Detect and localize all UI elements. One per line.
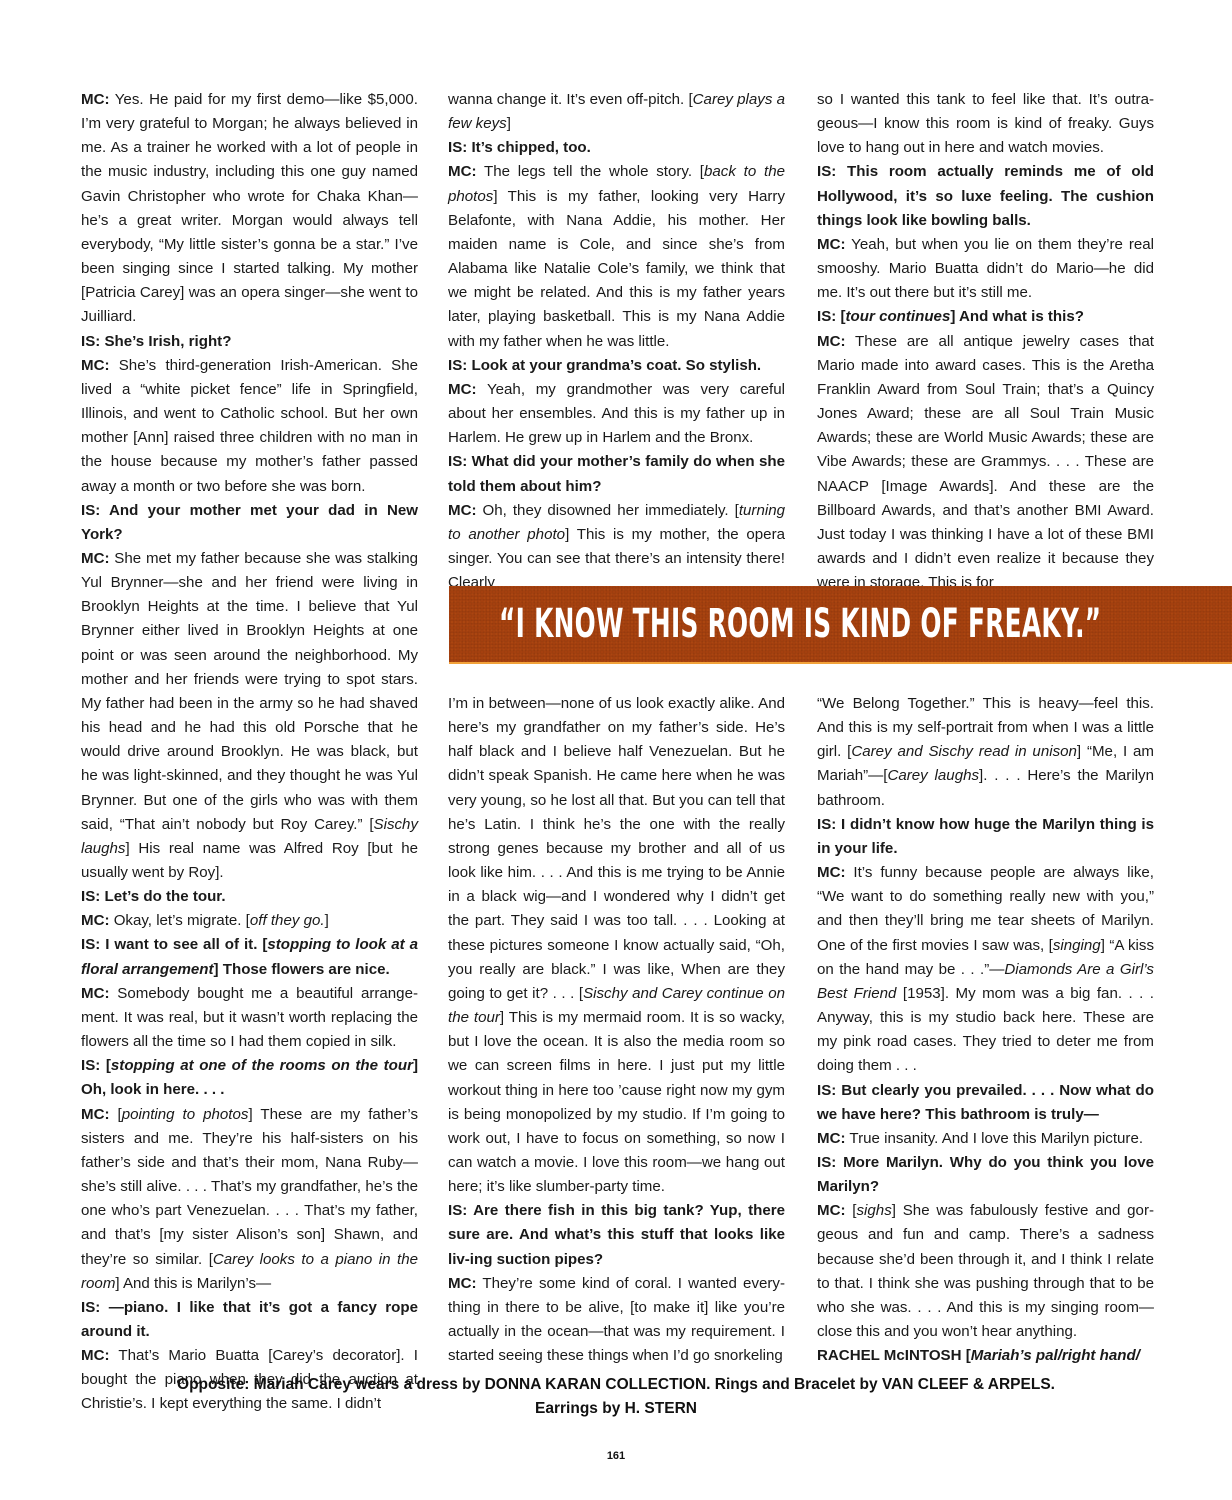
answer-paragraph: MC: Yeah, my grandmother was very carefu… bbox=[448, 378, 785, 450]
answer-paragraph: I’m in between—none of us look exactly a… bbox=[448, 692, 785, 1199]
speaker-label: IS: bbox=[817, 1082, 836, 1099]
text-column-3-top: so I wanted this tank to feel like that.… bbox=[817, 88, 1154, 595]
speaker-label: MC: bbox=[81, 357, 110, 374]
speaker-label: MC: bbox=[448, 1275, 477, 1292]
stage-direction: off they go. bbox=[250, 912, 325, 929]
speaker-label: MC: bbox=[81, 1347, 110, 1364]
speaker-label: IS: bbox=[448, 1202, 467, 1219]
speaker-label: IS: bbox=[817, 1154, 836, 1171]
stage-direction: Carey plays a few keys bbox=[448, 91, 785, 132]
page-number: 161 bbox=[0, 1450, 1232, 1462]
speaker-label: IS: bbox=[817, 308, 836, 325]
stage-direction: singing bbox=[1053, 937, 1101, 954]
answer-paragraph: MC: It’s funny because people are always… bbox=[817, 861, 1154, 1078]
question-paragraph: IS: She’s Irish, right? bbox=[81, 330, 418, 354]
stage-direction: Carey laughs bbox=[887, 767, 979, 784]
question-paragraph: IS: [stopping at one of the rooms on the… bbox=[81, 1054, 418, 1102]
speaker-label: MC: bbox=[817, 236, 846, 253]
speaker-label: IS: bbox=[448, 357, 467, 374]
speaker-label: MC: bbox=[81, 985, 110, 1002]
answer-paragraph: “We Belong Together.” This is heavy—feel… bbox=[817, 692, 1154, 813]
speaker-label: MC: bbox=[448, 381, 477, 398]
answer-paragraph: wanna change it. It’s even off-pitch. [C… bbox=[448, 88, 785, 136]
answer-paragraph: MC: She’s third-generation Irish-America… bbox=[81, 354, 418, 499]
speaker-label: IS: bbox=[81, 888, 100, 905]
stage-direction: stopping to look at a floral arrangement bbox=[81, 936, 418, 977]
speaker-label: MC: bbox=[81, 912, 110, 929]
speaker-label: IS: bbox=[817, 163, 836, 180]
question-paragraph: IS: Are there fish in this big tank? Yup… bbox=[448, 1199, 785, 1271]
question-paragraph: IS: —piano. I like that it’s got a fancy… bbox=[81, 1296, 418, 1344]
stage-direction: Mariah’s pal/right hand/ bbox=[971, 1347, 1140, 1364]
stage-direction: Carey and Sischy read in unison bbox=[851, 743, 1077, 760]
answer-paragraph: so I wanted this tank to feel like that.… bbox=[817, 88, 1154, 160]
stage-direction: pointing to photos bbox=[122, 1106, 249, 1123]
pull-quote-text: “I KNOW THIS ROOM IS KIND OF FREAKY.” bbox=[499, 600, 1101, 648]
photo-caption: Opposite: Mariah Carey wears a dress by … bbox=[0, 1373, 1232, 1421]
speaker-label: MC: bbox=[448, 502, 477, 519]
answer-paragraph: MC: They’re some kind of coral. I wanted… bbox=[448, 1272, 785, 1369]
speaker-label: MC: bbox=[81, 550, 110, 567]
speaker-label: IS: bbox=[81, 333, 100, 350]
answer-paragraph: MC: The legs tell the whole story. [back… bbox=[448, 160, 785, 353]
text-column-2-bottom: I’m in between—none of us look exactly a… bbox=[448, 692, 785, 1368]
speaker-label: IS: bbox=[448, 139, 467, 156]
answer-paragraph: MC: Oh, they disowned her immediately. [… bbox=[448, 499, 785, 596]
speaker-label: MC: bbox=[817, 864, 846, 881]
answer-paragraph: MC: [sighs] She was fabulously festive a… bbox=[817, 1199, 1154, 1344]
speaker-label: MC: bbox=[448, 163, 477, 180]
answer-paragraph: MC: She met my father because she was st… bbox=[81, 547, 418, 885]
speaker-label: IS: bbox=[81, 1057, 100, 1074]
speaker-label: RACHEL McINTOSH bbox=[817, 1347, 962, 1364]
speaker-label: IS: bbox=[817, 816, 836, 833]
answer-paragraph: MC: Somebody bought me a beautiful arran… bbox=[81, 982, 418, 1054]
question-paragraph: IS: I didn’t know how huge the Marilyn t… bbox=[817, 813, 1154, 861]
magazine-page: MC: Yes. He paid for my first demo—like … bbox=[0, 0, 1232, 1500]
text-column-1: MC: Yes. He paid for my first demo—like … bbox=[81, 88, 418, 1417]
speaker-label: IS: bbox=[81, 502, 100, 519]
question-paragraph: IS: What did your mother’s family do whe… bbox=[448, 450, 785, 498]
speaker-label: MC: bbox=[817, 1202, 846, 1219]
question-paragraph: IS: It’s chipped, too. bbox=[448, 136, 785, 160]
stage-direction: Diamonds Are a Girl’s Best Friend bbox=[817, 961, 1154, 1002]
question-paragraph: IS: More Marilyn. Why do you think you l… bbox=[817, 1151, 1154, 1199]
answer-paragraph: MC: [pointing to photos] These are my fa… bbox=[81, 1103, 418, 1296]
stage-direction: Carey looks to a piano in the room bbox=[81, 1251, 418, 1292]
stage-direction: sighs bbox=[857, 1202, 892, 1219]
answer-paragraph: MC: True insanity. And I love this Maril… bbox=[817, 1127, 1154, 1151]
speaker-label: IS: bbox=[448, 453, 467, 470]
stage-direction: tour continues bbox=[846, 308, 951, 325]
speaker-label: MC: bbox=[817, 333, 846, 350]
caption-line-1: Opposite: Mariah Carey wears a dress by … bbox=[0, 1373, 1232, 1397]
question-paragraph: IS: [tour continues] And what is this? bbox=[817, 305, 1154, 329]
answer-paragraph: MC: These are all antique jewelry cases … bbox=[817, 330, 1154, 596]
answer-paragraph: MC: Okay, let’s migrate. [off they go.] bbox=[81, 909, 418, 933]
question-paragraph: IS: This room actually reminds me of old… bbox=[817, 160, 1154, 232]
speaker-label: MC: bbox=[81, 1106, 110, 1123]
stage-direction: turning to another photo bbox=[448, 502, 785, 543]
stage-direction: Sischy and Carey continue on the tour bbox=[448, 985, 785, 1026]
speaker-label: MC: bbox=[81, 91, 110, 108]
question-paragraph: IS: Look at your grandma’s coat. So styl… bbox=[448, 354, 785, 378]
caption-line-2: Earrings by H. STERN bbox=[0, 1397, 1232, 1421]
text-column-3-bottom: “We Belong Together.” This is heavy—feel… bbox=[817, 692, 1154, 1368]
answer-paragraph: MC: Yes. He paid for my first demo—like … bbox=[81, 88, 418, 330]
stage-direction: stopping at one of the rooms on the tour bbox=[111, 1057, 413, 1074]
stage-direction: Sischy laughs bbox=[81, 816, 418, 857]
pull-quote-banner: “I KNOW THIS ROOM IS KIND OF FREAKY.” bbox=[449, 586, 1232, 664]
question-paragraph: IS: Let’s do the tour. bbox=[81, 885, 418, 909]
stage-direction: back to the photos bbox=[448, 163, 785, 204]
speaker-label: IS: bbox=[81, 1299, 100, 1316]
question-paragraph: RACHEL McINTOSH [Mariah’s pal/right hand… bbox=[817, 1344, 1154, 1368]
question-paragraph: IS: I want to see all of it. [stopping t… bbox=[81, 933, 418, 981]
question-paragraph: IS: And your mother met your dad in New … bbox=[81, 499, 418, 547]
question-paragraph: IS: But clearly you prevailed. . . . Now… bbox=[817, 1079, 1154, 1127]
speaker-label: MC: bbox=[817, 1130, 846, 1147]
speaker-label: IS: bbox=[81, 936, 100, 953]
answer-paragraph: MC: Yeah, but when you lie on them they’… bbox=[817, 233, 1154, 305]
text-column-2-top: wanna change it. It’s even off-pitch. [C… bbox=[448, 88, 785, 595]
